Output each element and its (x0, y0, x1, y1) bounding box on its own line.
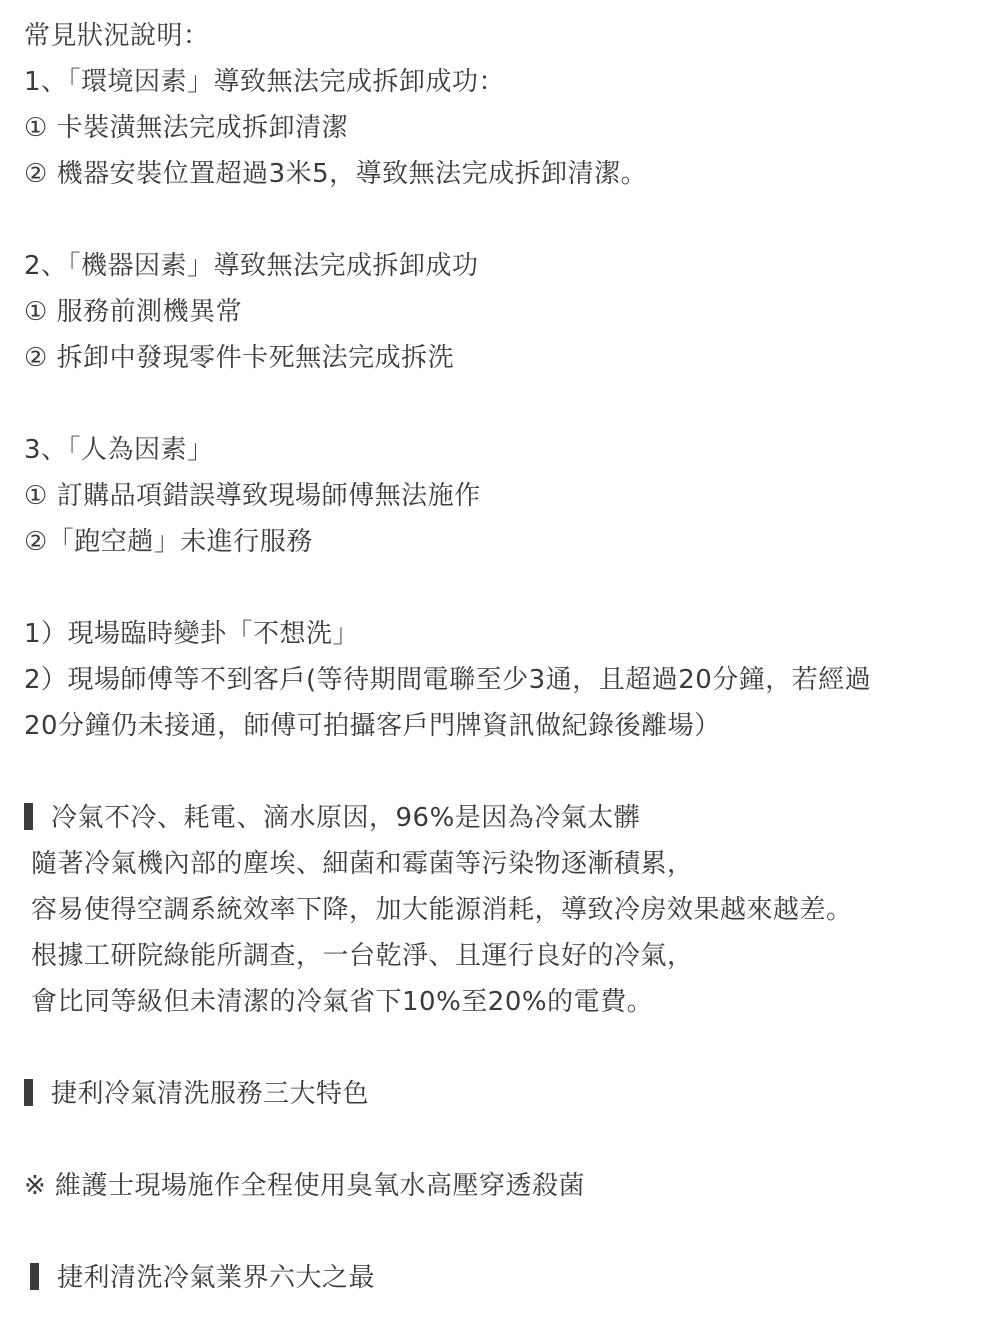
ozone-note: ※ 維護士現場施作全程使用臭氧水高壓穿透殺菌 (24, 1168, 585, 1204)
page-title: 常見狀況說明： (24, 18, 210, 54)
section1-item: ① 卡裝潢無法完成拆卸清潔 (24, 110, 348, 146)
section1-item: ② 機器安裝位置超過3米5，導致無法完成拆卸清潔。 (24, 156, 647, 192)
section3-heading: 3、「人為因素」 (24, 432, 214, 468)
features-heading-text: 捷利冷氣清洗服務三大特色 (51, 1079, 369, 1109)
dirty-ac-body: 會比同等級但未清潔的冷氣省下10%至20%的電費。 (31, 984, 653, 1020)
dirty-ac-body: 根據工研院綠能所調查，一台乾淨、且運行良好的冷氣， (31, 938, 694, 974)
section-marker-icon (24, 1079, 33, 1106)
dirty-ac-body: 隨著冷氣機內部的塵埃、細菌和霉菌等污染物逐漸積累， (31, 846, 694, 882)
bests-heading-text: 捷利清洗冷氣業界六大之最 (57, 1263, 375, 1293)
section3-note: 1）現場臨時變卦「不想洗」 (24, 616, 359, 652)
section3-item: ① 訂購品項錯誤導致現場師傅無法施作 (24, 478, 481, 514)
dirty-ac-heading-text: 冷氣不冷、耗電、滴水原因，96%是因為冷氣太髒 (51, 803, 640, 833)
section3-note: 20分鐘仍未接通，師傅可拍攝客戶門牌資訊做紀錄後離場） (24, 708, 721, 744)
section-marker-icon (24, 803, 33, 830)
dirty-ac-body: 容易使得空調系統效率下降，加大能源消耗，導致冷房效果越來越差。 (31, 892, 853, 928)
section3-item: ②「跑空趟」未進行服務 (24, 524, 313, 560)
section3-note: 2）現場師傅等不到客戶(等待期間電聯至少3通，且超過20分鐘，若經過 (24, 662, 871, 698)
document: 常見狀況說明： 1、「環境因素」導致無法完成拆卸成功： ① 卡裝潢無法完成拆卸清… (0, 0, 1000, 1338)
section1-heading: 1、「環境因素」導致無法完成拆卸成功： (24, 64, 505, 100)
features-heading: 捷利冷氣清洗服務三大特色 (24, 1076, 369, 1112)
dirty-ac-heading: 冷氣不冷、耗電、滴水原因，96%是因為冷氣太髒 (24, 800, 640, 836)
section2-item: ② 拆卸中發現零件卡死無法完成拆洗 (24, 340, 454, 376)
bests-heading: 捷利清洗冷氣業界六大之最 (30, 1260, 375, 1296)
section-marker-icon (30, 1263, 39, 1290)
section2-heading: 2、「機器因素」導致無法完成拆卸成功 (24, 248, 479, 284)
section2-item: ① 服務前測機異常 (24, 294, 242, 330)
